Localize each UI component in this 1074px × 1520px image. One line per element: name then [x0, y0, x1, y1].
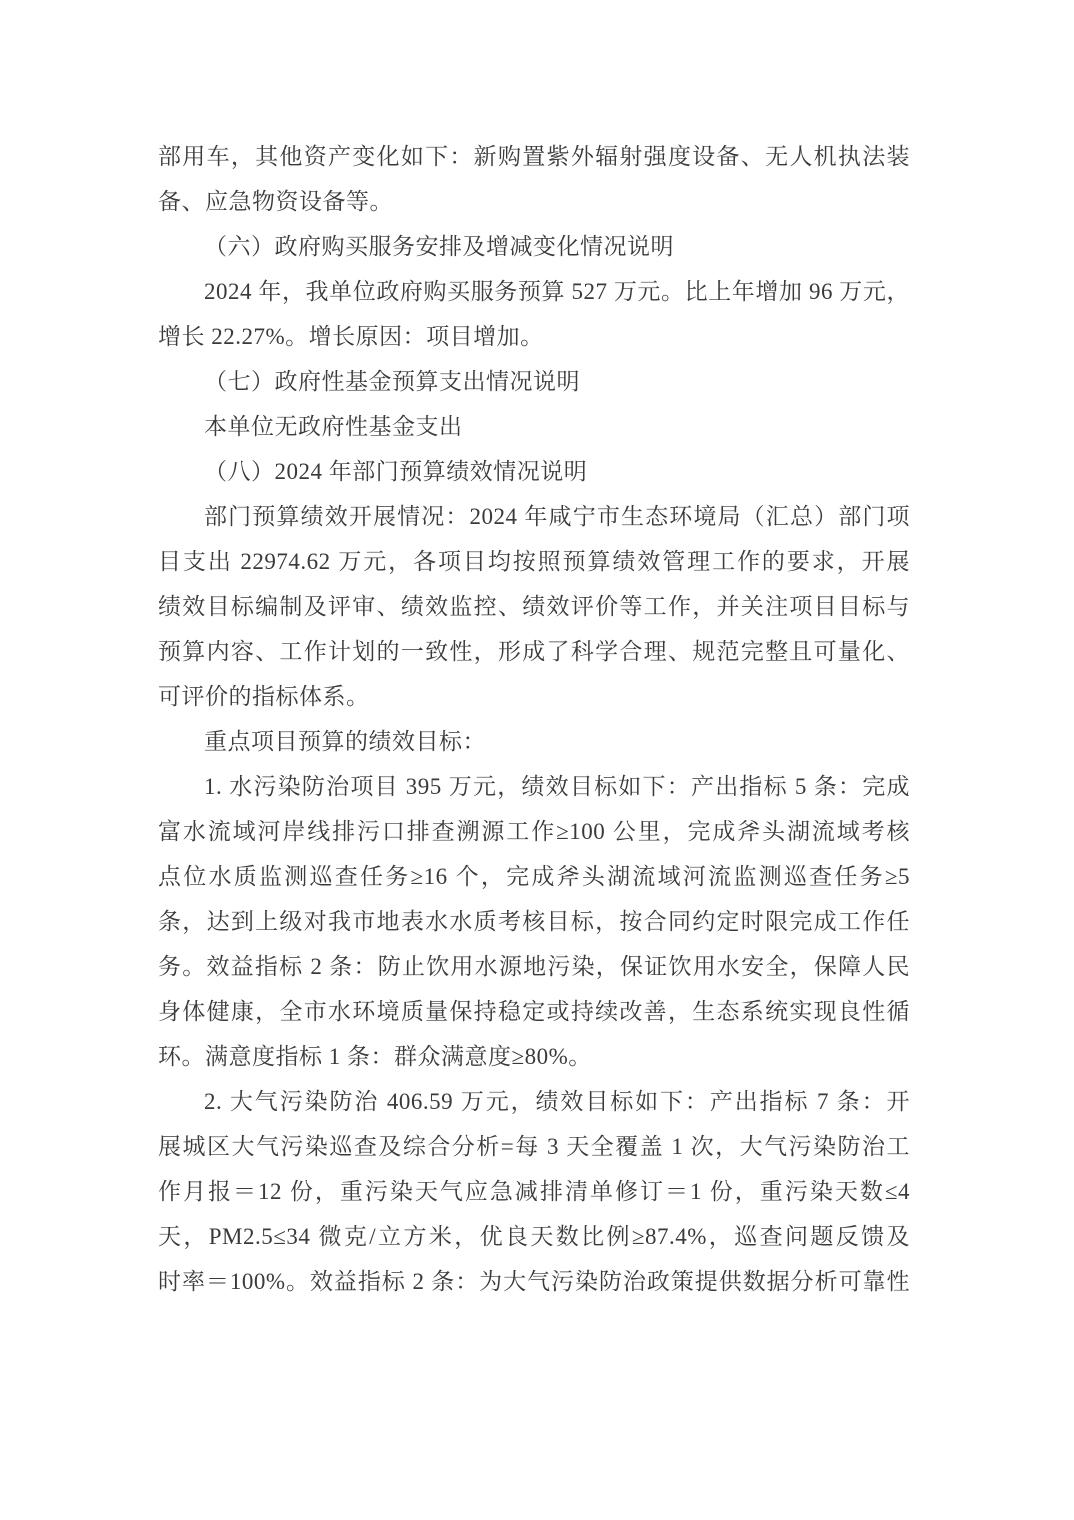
text-line: 目支出 22974.62 万元，各项目均按照预算绩效管理工作的要求，开展 [158, 539, 910, 584]
text-line: （七）政府性基金预算支出情况说明 [158, 359, 910, 404]
text-line: 务。效益指标 2 条：防止饮用水源地污染，保证饮用水安全，保障人民 [158, 944, 910, 989]
text-line: 备、应急物资设备等。 [158, 179, 910, 224]
text-line: 2. 大气污染防治 406.59 万元，绩效目标如下：产出指标 7 条：开 [158, 1079, 910, 1124]
text-line: 富水流域河岸线排污口排查溯源工作≥100 公里，完成斧头湖流域考核 [158, 809, 910, 854]
text-line: 环。满意度指标 1 条：群众满意度≥80%。 [158, 1034, 910, 1079]
text-line: 部门预算绩效开展情况：2024 年咸宁市生态环境局（汇总）部门项 [158, 494, 910, 539]
text-line: 作月报＝12 份，重污染天气应急减排清单修订＝1 份，重污染天数≤4 [158, 1169, 910, 1214]
text-line: 部用车，其他资产变化如下：新购置紫外辐射强度设备、无人机执法装 [158, 134, 910, 179]
text-line: （六）政府购买服务安排及增减变化情况说明 [158, 224, 910, 269]
text-line: 1. 水污染防治项目 395 万元，绩效目标如下：产出指标 5 条：完成 [158, 764, 910, 809]
text-line: 时率＝100%。效益指标 2 条：为大气污染防治政策提供数据分析可靠性 [158, 1259, 910, 1304]
text-line: 身体健康，全市水环境质量保持稳定或持续改善，生态系统实现良性循 [158, 989, 910, 1034]
text-line: 本单位无政府性基金支出 [158, 404, 910, 449]
text-line: 天，PM2.5≤34 微克/立方米，优良天数比例≥87.4%，巡查问题反馈及 [158, 1214, 910, 1259]
text-line: （八）2024 年部门预算绩效情况说明 [158, 449, 910, 494]
text-line: 展城区大气污染巡查及综合分析=每 3 天全覆盖 1 次，大气污染防治工 [158, 1124, 910, 1169]
text-line: 条，达到上级对我市地表水水质考核目标，按合同约定时限完成工作任 [158, 899, 910, 944]
text-line: 预算内容、工作计划的一致性，形成了科学合理、规范完整且可量化、 [158, 629, 910, 674]
text-line: 重点项目预算的绩效目标： [158, 719, 910, 764]
text-line: 增长 22.27%。增长原因：项目增加。 [158, 314, 910, 359]
text-line: 2024 年，我单位政府购买服务预算 527 万元。比上年增加 96 万元， [158, 269, 910, 314]
document-page: 部用车，其他资产变化如下：新购置紫外辐射强度设备、无人机执法装备、应急物资设备等… [0, 0, 1074, 1520]
text-line: 点位水质监测巡查任务≥16 个，完成斧头湖流域河流监测巡查任务≥5 [158, 854, 910, 899]
text-line: 绩效目标编制及评审、绩效监控、绩效评价等工作，并关注项目目标与 [158, 584, 910, 629]
text-line: 可评价的指标体系。 [158, 674, 910, 719]
